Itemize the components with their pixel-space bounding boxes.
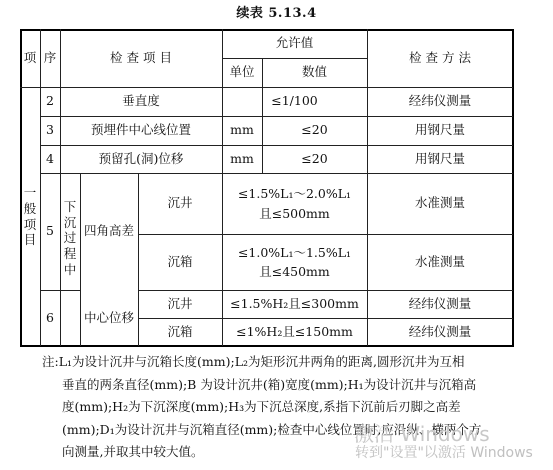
row-3-item: 预埋件中心线位置: [60, 116, 222, 145]
row-5a-type: 沉井: [138, 173, 222, 234]
table-title: 续表 5.13.4: [0, 2, 553, 21]
row-6b-value: ≤1%H₂且≤150mm: [222, 318, 367, 346]
row-2-item: 垂直度: [60, 87, 222, 116]
activation-watermark-subtitle: 转到"设置"以激活 Windows: [355, 442, 533, 462]
row-5a-value-line1: ≤1.5%L₁～2.0%L₁: [238, 184, 351, 203]
row-3-value: ≤20: [262, 116, 367, 145]
row-6-item: 中心位移: [80, 290, 138, 346]
note-line-1: 注:L₁为设计沉井与沉箱长度(mm);L₂为矩形沉井两角的距离,圆形沉井为互相: [42, 351, 522, 374]
header-check-item: 检 查 项 目: [60, 29, 222, 87]
row-3-seq: 3: [40, 116, 60, 145]
header-allow: 允许值: [222, 29, 367, 58]
subgroup-char: 中: [64, 262, 77, 278]
row-4-unit: mm: [222, 145, 262, 173]
header-item: 项: [20, 29, 40, 87]
row-3-unit: mm: [222, 116, 262, 145]
row-5a-method: 水准测量: [367, 173, 513, 234]
row-5b-type: 沉箱: [138, 234, 222, 290]
note-line-2: 垂直的两条直径(mm);B 为设计沉井(箱)宽度(mm);H₁为设计沉井与沉箱高: [42, 374, 522, 397]
group-char: 般: [24, 201, 37, 217]
row-4-value: ≤20: [262, 145, 367, 173]
subgroup-char: 过: [64, 230, 77, 246]
row-4-method: 用钢尺量: [367, 145, 513, 173]
group-char: 一: [24, 185, 37, 201]
group-char: 目: [24, 232, 37, 248]
row-6a-type: 沉井: [138, 290, 222, 318]
group-label-general: 一 般 项 目: [20, 87, 40, 346]
group-char: 项: [24, 217, 37, 233]
header-unit: 单位: [222, 58, 262, 87]
row-4-seq: 4: [40, 145, 60, 173]
row-5a-value-line2: 且≤500mm: [259, 204, 330, 223]
row-2-value: ≤1/100: [222, 87, 367, 116]
row-6b-method: 经纬仪测量: [367, 318, 513, 346]
header-method: 检 查 方 法: [367, 29, 513, 87]
row-6-seq: 6: [40, 290, 60, 346]
note-line-3: 度(mm);H₂为下沉深度(mm);H₃为下沉总深度,系指下沉前后刃脚之高差: [42, 396, 522, 419]
header-value: 数值: [262, 58, 367, 87]
subgroup-label-sinking: 下 沉 过 程 中: [60, 199, 80, 309]
row-5b-value-line2: 且≤450mm: [259, 262, 330, 281]
row-6a-value: ≤1.5%H₂且≤300mm: [222, 290, 367, 318]
inspection-table: 项 序 检 查 项 目 允许值 单位 数值 检 查 方 法 一 般 项 目 2 …: [20, 29, 513, 346]
header-seq: 序: [40, 29, 60, 87]
subgroup-char: 程: [64, 246, 77, 262]
row-5a-value: ≤1.5%L₁～2.0%L₁ 且≤500mm: [222, 173, 367, 234]
row-6a-method: 经纬仪测量: [367, 290, 513, 318]
row-2-seq: 2: [40, 87, 60, 116]
subgroup-char: 沉: [64, 215, 77, 231]
row-4-item: 预留孔(洞)位移: [60, 145, 222, 173]
row-5-item: 四角高差: [80, 173, 138, 290]
subgroup-char: 下: [64, 199, 77, 215]
row-5b-value-line1: ≤1.0%L₁～1.5%L₁: [238, 243, 351, 262]
row-3-method: 用钢尺量: [367, 116, 513, 145]
row-5b-value: ≤1.0%L₁～1.5%L₁ 且≤450mm: [222, 234, 367, 290]
row-5b-method: 水准测量: [367, 234, 513, 290]
row-5-seq: 5: [40, 173, 60, 290]
row-2-method: 经纬仪测量: [367, 87, 513, 116]
row-6b-type: 沉箱: [138, 318, 222, 346]
